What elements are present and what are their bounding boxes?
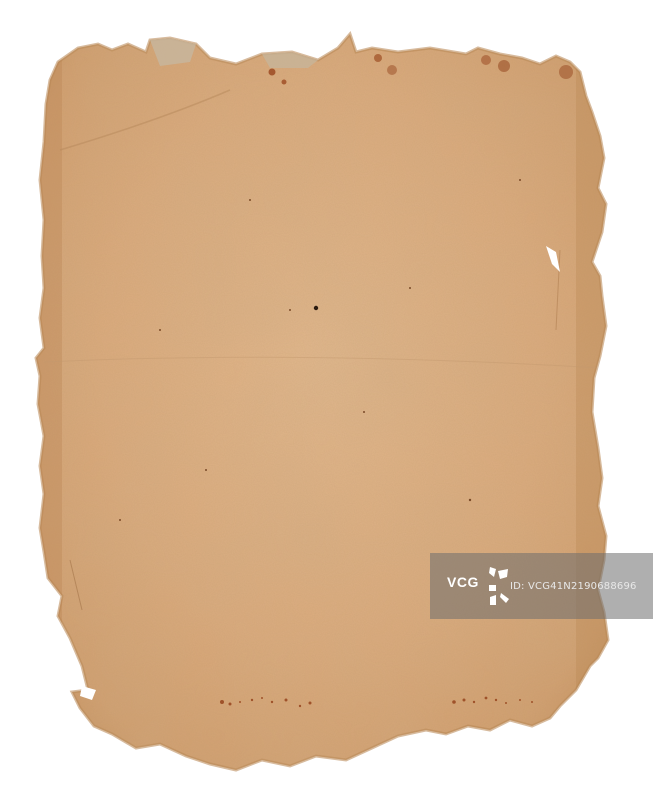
image-id-label: ID: VCG41N2190688696 xyxy=(510,581,637,592)
vcg-logo-text: VCG xyxy=(447,574,479,590)
aged-paper-image xyxy=(0,0,653,800)
stock-photo-watermark: VCG ID: VCG41N2190688696 xyxy=(430,553,653,619)
vcg-logo-icon xyxy=(488,565,510,607)
photo-canvas: VCG ID: VCG41N2190688696 xyxy=(0,0,653,800)
